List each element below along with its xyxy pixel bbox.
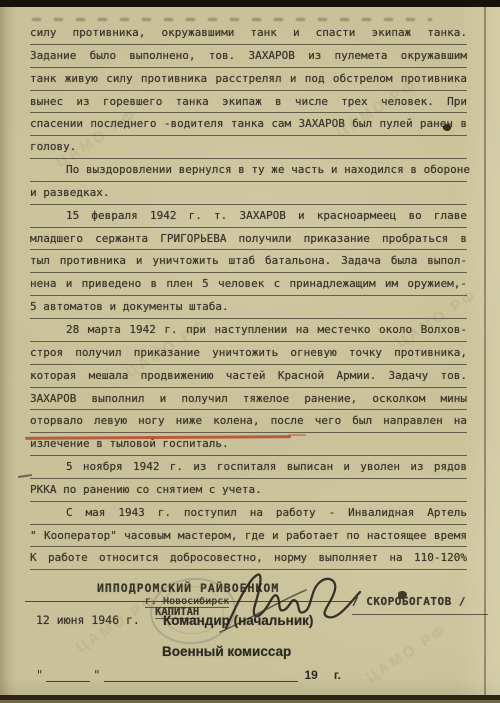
document-line: вынес из горевшего танка экипаж в числе … [30, 91, 467, 114]
document-line: 28 марта 1942 г. при наступлении на мест… [30, 319, 467, 342]
document-line: ЗАХАРОВ выполнил и получил тяжелое ранен… [30, 388, 467, 411]
document-line: тыл противника и уничтожить штаб батальо… [30, 250, 467, 273]
document-line: С мая 1943 г. поступил на работу - Инвал… [30, 502, 467, 525]
handwritten-signature [218, 562, 368, 640]
document-line: нена и приведено в плен 5 человек с прин… [30, 273, 467, 296]
scanned-award-document-page: ЦАМО РФ ЦАМО РФ ЦАМО РФ ЦАМО РФ ЦАМО РФ … [0, 0, 500, 703]
document-line: 5 ноября 1942 г. из госпиталя выписан и … [30, 456, 467, 479]
paper-fold-line [484, 7, 486, 695]
document-line: Задание было выполнено, тов. ЗАХАРОВ из … [30, 45, 467, 68]
document-line: силу противника, окружавшими танк и спас… [30, 22, 467, 45]
year-suffix: г. [334, 668, 341, 682]
open-quote: " [36, 668, 43, 682]
close-quote: " [93, 668, 100, 682]
cutoff-text-remnant [32, 18, 432, 21]
document-line: 15 февраля 1942 г. т. ЗАХАРОВ и красноар… [30, 205, 467, 228]
document-line: " Кооператор" часовым мастером, где и ра… [30, 525, 467, 548]
blank-segment [46, 669, 90, 682]
document-line: младшего сержанта ГРИГОРЬЕВА получили пр… [30, 228, 467, 251]
red-pencil-underline-tail [288, 434, 306, 436]
document-line: спасении последнего -водителя танка сам … [30, 113, 467, 136]
document-line: голову. [30, 136, 467, 159]
round-stamp-inner-ring [160, 586, 224, 634]
scan-top-edge [0, 0, 500, 7]
signature-rule-line [352, 614, 488, 615]
commissar-form-label: Военный комиссар [162, 644, 291, 659]
body-lines: силу противника, окружавшими танк и спас… [30, 22, 467, 570]
blank-segment [104, 669, 298, 682]
document-date: 12 июня 1946 г. [36, 613, 140, 627]
document-line: которая мешала продвижению частей Красно… [30, 365, 467, 388]
document-line: оторвало левую ногу ниже колена, после ч… [30, 410, 467, 433]
document-line: строя получил приказание уничтожить огне… [30, 342, 467, 365]
year-prefix: 19 [304, 668, 317, 682]
document-line: 5 автоматов и документы штаба. [30, 296, 467, 319]
document-line: танк живую силу противника расстрелял и … [30, 68, 467, 91]
document-line: и разведках. [30, 182, 467, 205]
document-line: РККА по ранению со снятием с учета. [30, 479, 467, 502]
signatory-name: / СКОРОБОГАТОВ / [352, 595, 466, 608]
blank-date-form-row: ""19г. [36, 668, 456, 684]
document-line: По выздоровлении вернулся в ту же часть … [30, 159, 467, 182]
